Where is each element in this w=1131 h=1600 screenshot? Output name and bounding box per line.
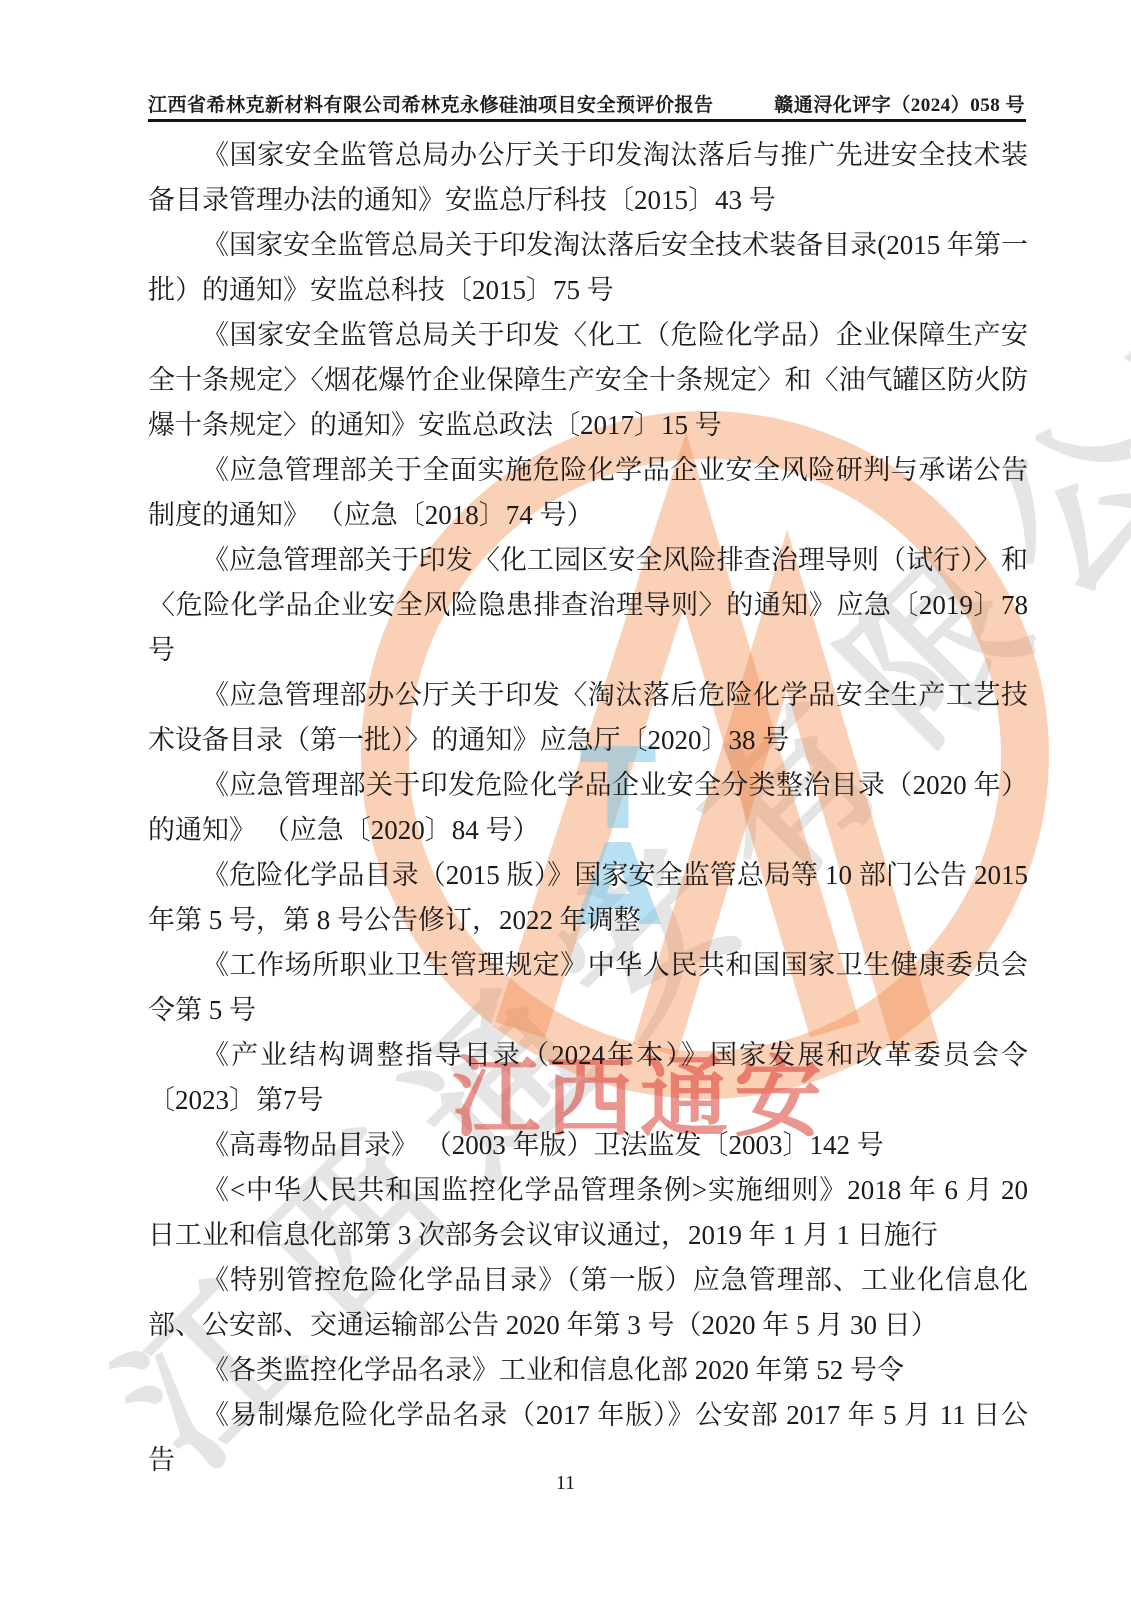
- header-doc-number: 赣通浔化评字（2024）058 号: [774, 90, 1025, 117]
- report-page: 江西通安有限公司 T A 江西通安 江西省希林克新材料有限公司希林克永修硅油项目…: [0, 0, 1131, 1600]
- citation-paragraph: 《国家安全监管总局办公厅关于印发淘汰落后与推广先进安全技术装备目录管理办法的通知…: [148, 133, 1028, 223]
- header-report-title: 江西省希林克新材料有限公司希林克永修硅油项目安全预评价报告: [148, 90, 714, 117]
- citation-paragraph: 《高毒物品目录》 （2003 年版）卫法监发〔2003〕142 号: [148, 1123, 1028, 1168]
- citation-paragraph: 《国家安全监管总局关于印发淘汰落后安全技术装备目录(2015 年第一批）的通知》…: [148, 223, 1028, 313]
- citation-paragraph: 《特别管控危险化学品目录》（第一版）应急管理部、工业化信息化部、公安部、交通运输…: [148, 1258, 1028, 1348]
- citation-paragraph: 《国家安全监管总局关于印发〈化工（危险化学品）企业保障生产安全十条规定〉〈烟花爆…: [148, 313, 1028, 448]
- citation-paragraph: 《应急管理部关于全面实施危险化学品企业安全风险研判与承诺公告制度的通知》 （应急…: [148, 448, 1028, 538]
- page-number: 11: [0, 1472, 1131, 1495]
- citation-paragraph: 《产业结构调整指导目录（2024年本）》国家发展和改革委员会令〔2023〕第7号: [148, 1033, 1028, 1123]
- citation-paragraph: 《<中华人民共和国监控化学品管理条例>实施细则》2018 年 6 月 20 日工…: [148, 1168, 1028, 1258]
- citation-paragraph: 《各类监控化学品名录》工业和信息化部 2020 年第 52 号令: [148, 1348, 1028, 1393]
- citation-paragraph: 《应急管理部办公厅关于印发〈淘汰落后危险化学品安全生产工艺技术设备目录（第一批）…: [148, 673, 1028, 763]
- citation-paragraph: 《危险化学品目录（2015 版）》国家安全监管总局等 10 部门公告 2015 …: [148, 853, 1028, 943]
- citation-paragraph: 《应急管理部关于印发危险化学品企业安全分类整治目录（2020 年）的通知》 （应…: [148, 763, 1028, 853]
- citation-list: 《国家安全监管总局办公厅关于印发淘汰落后与推广先进安全技术装备目录管理办法的通知…: [148, 133, 1028, 1483]
- citation-paragraph: 《应急管理部关于印发〈化工园区安全风险排查治理导则（试行）〉和〈危险化学品企业安…: [148, 538, 1028, 673]
- header-rule: [148, 119, 1026, 122]
- citation-paragraph: 《工作场所职业卫生管理规定》中华人民共和国国家卫生健康委员会令第 5 号: [148, 943, 1028, 1033]
- citation-paragraph: 《易制爆危险化学品名录（2017 年版）》公安部 2017 年 5 月 11 日…: [148, 1393, 1028, 1483]
